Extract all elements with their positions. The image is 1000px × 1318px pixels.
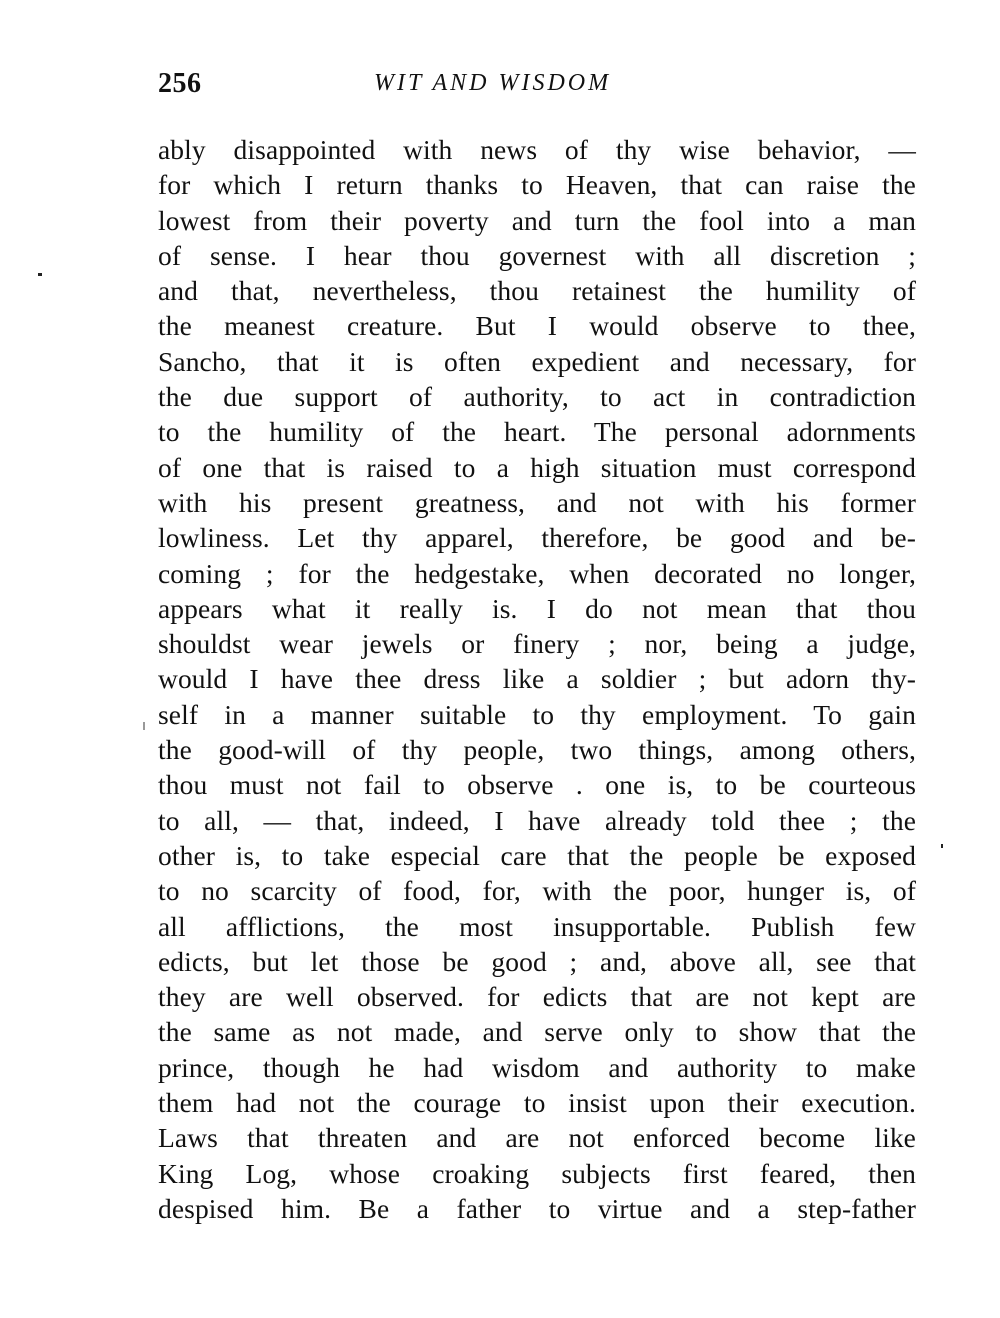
text-line: other is, to take especial care that the…	[158, 838, 916, 873]
text-line: with his present greatness, and not with…	[158, 485, 916, 520]
text-line: would I have thee dress like a soldier ;…	[158, 661, 916, 696]
scan-speck	[941, 844, 943, 848]
text-line: the same as not made, and serve only to …	[158, 1014, 916, 1049]
text-line: King Log, whose croaking subjects first …	[158, 1156, 916, 1191]
text-line: lowliness. Let thy apparel, therefore, b…	[158, 520, 916, 555]
page-header: 256 WIT AND WISDOM	[158, 68, 918, 108]
text-line: despised him. Be a father to virtue and …	[158, 1191, 916, 1226]
text-line: to the humility of the heart. The person…	[158, 414, 916, 449]
scan-speck	[143, 722, 145, 730]
text-line: of sense. I hear thou governest with all…	[158, 238, 916, 273]
text-line: they are well observed. for edicts that …	[158, 979, 916, 1014]
page-number: 256	[158, 68, 202, 100]
text-line: self in a manner suitable to thy employm…	[158, 697, 916, 732]
text-line: the meanest creature. But I would observ…	[158, 308, 916, 343]
text-line: all afflictions, the most insupportable.…	[158, 909, 916, 944]
text-line: the good-will of thy people, two things,…	[158, 732, 916, 767]
running-title: WIT AND WISDOM	[374, 70, 611, 97]
text-line: the due support of authority, to act in …	[158, 379, 916, 414]
text-line: Laws that threaten and are not enforced …	[158, 1120, 916, 1155]
text-line: thou must not fail to observe . one is, …	[158, 767, 916, 802]
text-line: ably disappointed with news of thy wise …	[158, 132, 916, 167]
text-line: Sancho, that it is often expedient and n…	[158, 344, 916, 379]
book-page: 256 WIT AND WISDOM ably disappointed wit…	[0, 0, 1000, 1318]
text-line: to no scarcity of food, for, with the po…	[158, 873, 916, 908]
text-line: them had not the courage to insist upon …	[158, 1085, 916, 1120]
body-text: ably disappointed with news of thy wise …	[158, 132, 916, 1226]
text-line: edicts, but let those be good ; and, abo…	[158, 944, 916, 979]
text-line: of one that is raised to a high situatio…	[158, 450, 916, 485]
text-line: to all, — that, indeed, I have already t…	[158, 803, 916, 838]
text-line: and that, nevertheless, thou retainest t…	[158, 273, 916, 308]
text-line: appears what it really is. I do not mean…	[158, 591, 916, 626]
text-line: for which I return thanks to Heaven, tha…	[158, 167, 916, 202]
scan-speck	[38, 273, 42, 276]
text-line: prince, though he had wisdom and authori…	[158, 1050, 916, 1085]
text-line: shouldst wear jewels or finery ; nor, be…	[158, 626, 916, 661]
text-line: lowest from their poverty and turn the f…	[158, 203, 916, 238]
text-line: coming ; for the hedgestake, when decora…	[158, 556, 916, 591]
